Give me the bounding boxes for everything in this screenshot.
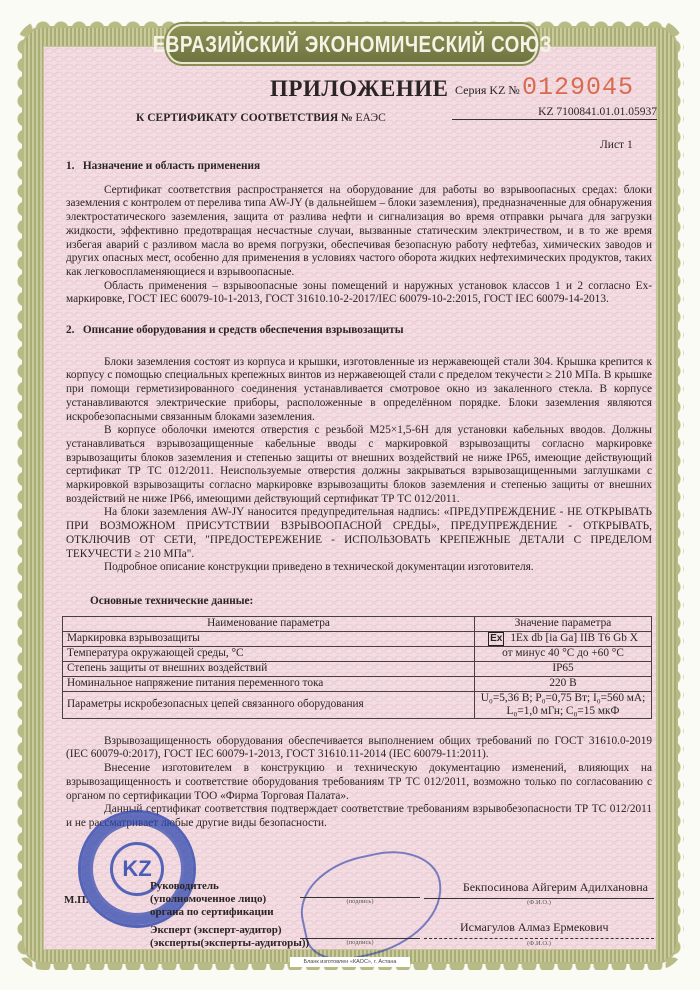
- param-value: U₀=5,36 В; P₀=0,75 Вт; I₀=560 мА; L₀=1,0…: [475, 691, 652, 718]
- closing-paragraph: Внесение изготовителем в конструкцию и т…: [66, 762, 652, 803]
- table-header: Наименование параметра: [63, 616, 475, 631]
- param-value: 220 В: [475, 676, 652, 691]
- param-value: IP65: [475, 661, 652, 676]
- series-number: 0129045: [522, 73, 634, 102]
- subtitle-suffix: ЕАЭС: [356, 112, 386, 124]
- param-value: от минус 40 °C до +60 °C: [475, 646, 652, 661]
- head-name: Бекпосинова Айгерим Адилхановна: [424, 880, 654, 895]
- page-title: ПРИЛОЖЕНИЕ: [270, 76, 449, 102]
- table-row: Маркировка взрывозащиты Ex1Ex db [ia Ga]…: [63, 631, 652, 646]
- table-row: Параметры искробезопасных цепей связанно…: [63, 691, 652, 718]
- table-row: Температура окружающей среды, °C от мину…: [63, 646, 652, 661]
- banner-text: ЕВРАЗИЙСКИЙ ЭКОНОМИЧЕСКИЙ СОЮЗ: [152, 31, 551, 58]
- header-banner: ЕВРАЗИЙСКИЙ ЭКОНОМИЧЕСКИЙ СОЮЗ: [166, 24, 538, 64]
- section-2-heading: 2. Описание оборудования и средств обесп…: [66, 324, 652, 338]
- table-row: Номинальное напряжение питания переменно…: [63, 676, 652, 691]
- table-header-row: Наименование параметра Значение параметр…: [63, 616, 652, 631]
- section-2: 2. Описание оборудования и средств обесп…: [66, 324, 652, 609]
- section-2-paragraph: Блоки заземления состоят из корпуса и кр…: [66, 356, 652, 425]
- table-row: Степень защиты от внешних воздействий IP…: [63, 661, 652, 676]
- section-1-heading: 1. Назначение и область применения: [66, 160, 652, 174]
- param-name: Номинальное напряжение питания переменно…: [63, 676, 475, 691]
- expert-signature-field: (подпись): [300, 938, 420, 946]
- closing-paragraph: Взрывозащищенность оборудования обеспечи…: [66, 735, 652, 762]
- seal-label: М.П.: [64, 894, 88, 906]
- tech-data-title: Основные технические данные:: [90, 595, 652, 609]
- printer-label: Бланк изготовлен «КАОС», г. Астана: [290, 957, 410, 967]
- head-name-field: Бекпосинова Айгерим Адилхановна (Ф.И.О.): [424, 880, 654, 906]
- table-header: Значение параметра: [475, 616, 652, 631]
- warning-text: На блоки заземления AW-JY наносится пред…: [66, 506, 652, 561]
- section-1-paragraph: Сертификат соответствия распространяется…: [66, 184, 652, 280]
- document-body: 1. Назначение и область применения Серти…: [66, 160, 652, 831]
- expert-label: Эксперт (эксперт-аудитор) (эксперты(эксп…: [150, 924, 309, 950]
- ex-marking-icon: Ex: [488, 632, 504, 646]
- section-2-paragraph: В корпусе оболочки имеются отверстия с р…: [66, 424, 652, 506]
- section-1-paragraph: Область применения – взрывоопасные зоны …: [66, 280, 652, 307]
- param-name: Параметры искробезопасных цепей связанно…: [63, 691, 475, 718]
- param-name: Маркировка взрывозащиты: [63, 631, 475, 646]
- param-name: Температура окружающей среды, °C: [63, 646, 475, 661]
- head-label: Руководитель (уполномоченное лицо) орган…: [150, 880, 274, 919]
- expert-name-field: Исмагулов Алмаз Ермекович (Ф.И.О.): [424, 920, 654, 947]
- section-2-paragraph: Подробное описание конструкции приведено…: [66, 561, 652, 575]
- param-name: Степень защиты от внешних воздействий: [63, 661, 475, 676]
- expert-name: Исмагулов Алмаз Ермекович: [424, 920, 654, 935]
- param-value: Ex1Ex db [ia Ga] IIB T6 Gb X: [475, 631, 652, 646]
- sheet-number: Лист 1: [600, 139, 633, 151]
- certificate-number: KZ 7100841.01.01.05937: [452, 106, 657, 120]
- head-signature-field: (подпись): [300, 897, 420, 905]
- subtitle-text: К СЕРТИФИКАТУ СООТВЕТСТВИЯ №: [136, 112, 353, 124]
- series-label: Серия KZ №: [455, 83, 520, 98]
- subtitle: К СЕРТИФИКАТУ СООТВЕТСТВИЯ № ЕАЭС: [136, 112, 386, 124]
- tech-data-table: Наименование параметра Значение параметр…: [62, 616, 652, 719]
